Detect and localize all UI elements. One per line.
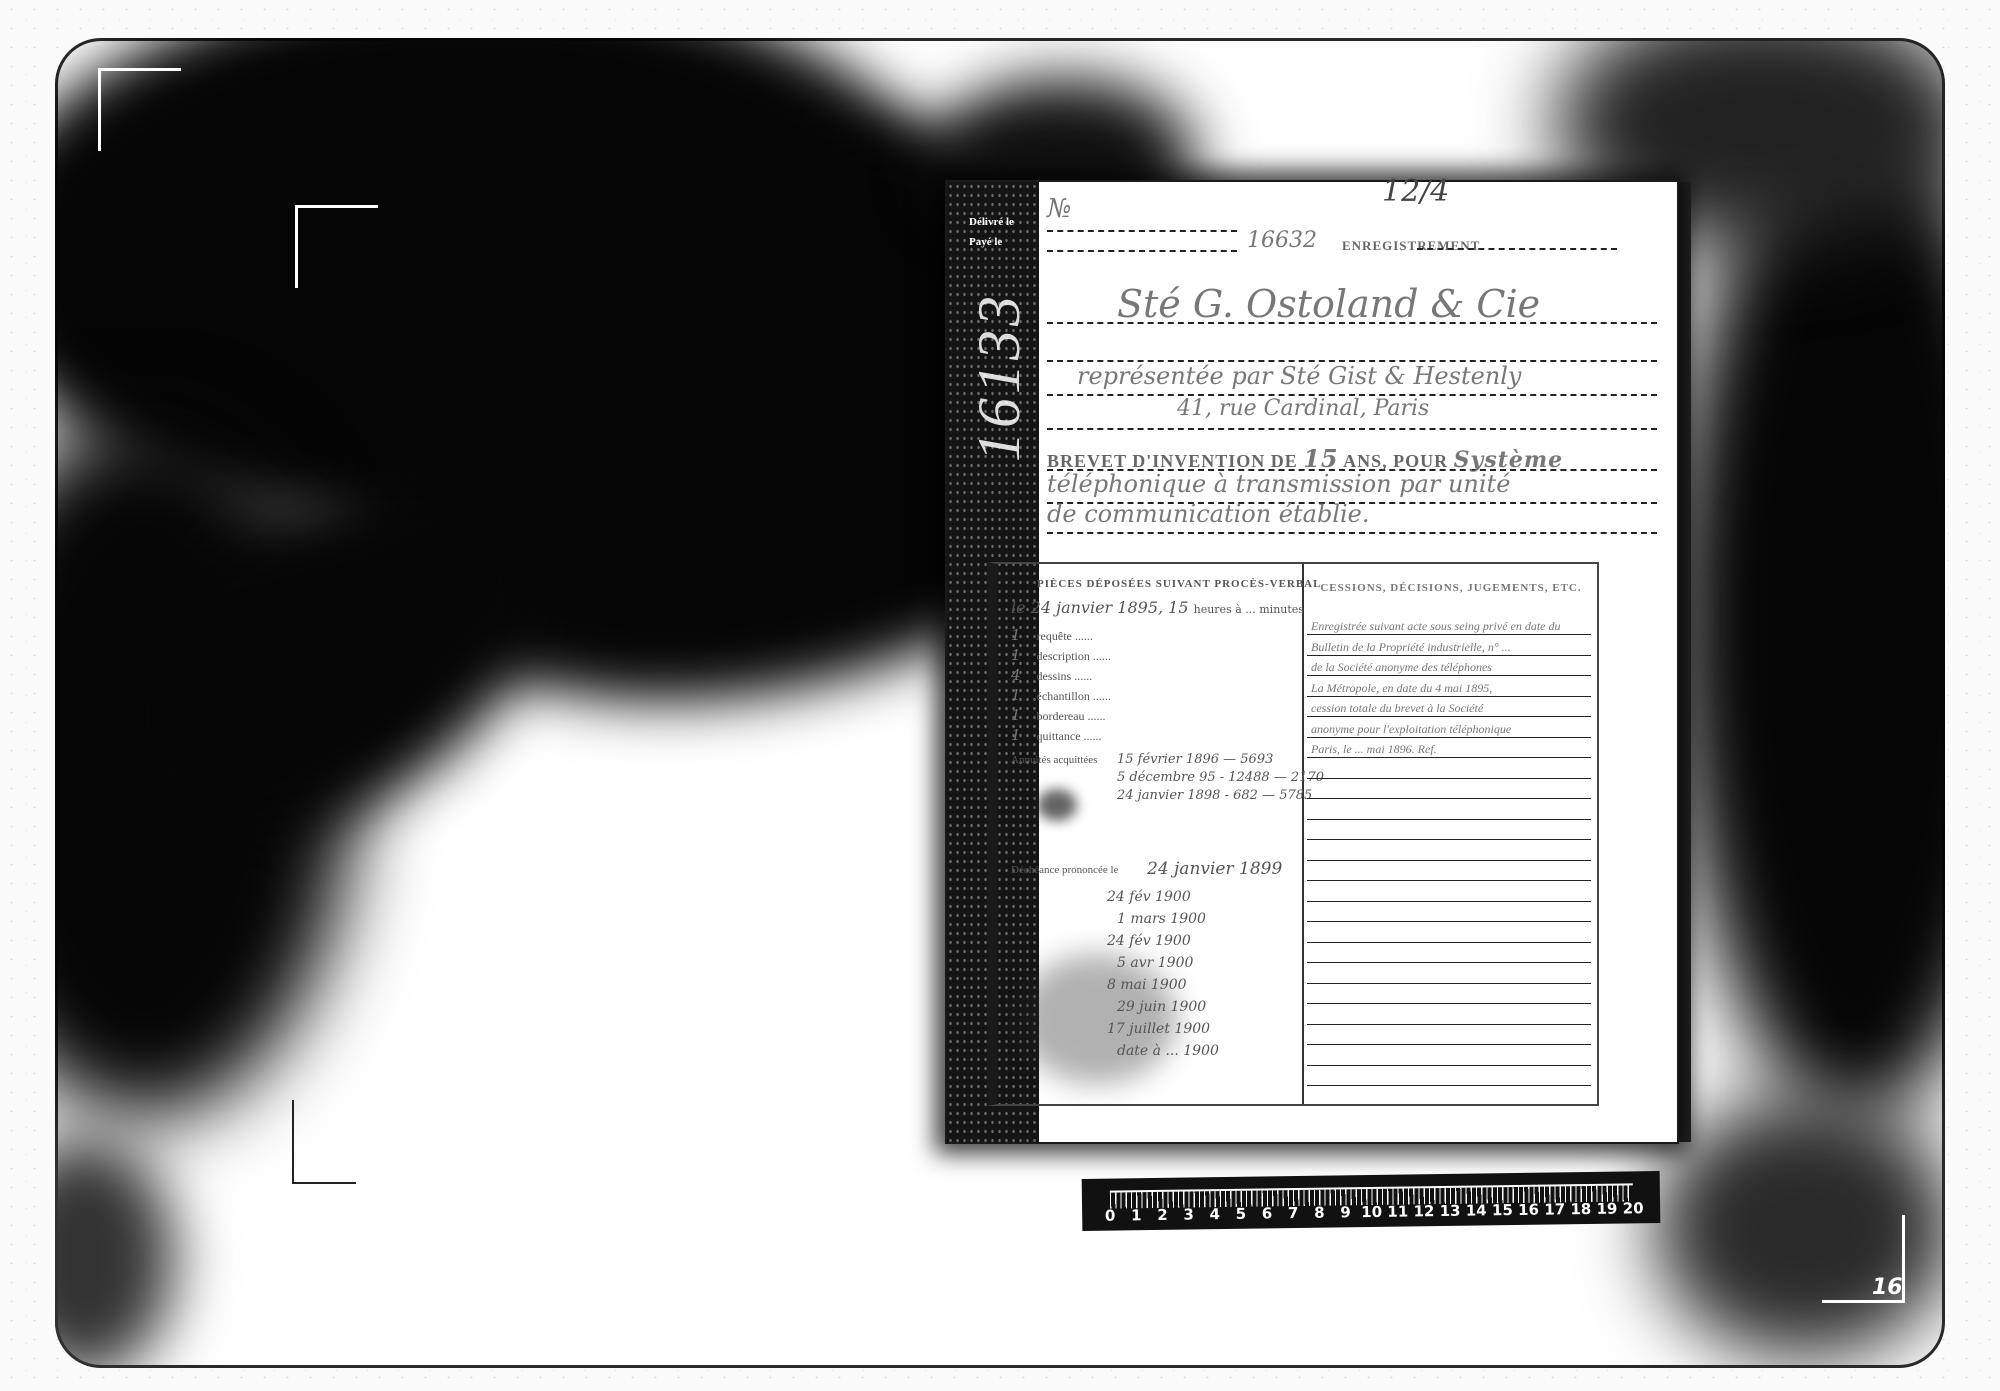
- cession-entry: Enregistrée suivant acte sous seing priv…: [1311, 616, 1591, 637]
- ruler-label: 4: [1209, 1205, 1220, 1223]
- crop-mark-top-left-icon: [98, 68, 181, 151]
- ruler-label: 18: [1570, 1200, 1591, 1218]
- addition-entry: date à ... 1900: [1117, 1043, 1219, 1059]
- deposited-item: 1requête ......: [1011, 626, 1093, 644]
- ruler-label: 14: [1466, 1201, 1487, 1219]
- ruler-label: 6: [1262, 1204, 1273, 1222]
- ruler-label: 5: [1236, 1205, 1247, 1223]
- top-annotation: №: [1047, 194, 1072, 224]
- annuity-entry: 15 février 1896 — 5693: [1117, 752, 1273, 767]
- subject-line-2: téléphonique à transmission par unité: [1047, 470, 1510, 498]
- ruler-label: 0: [1105, 1207, 1116, 1225]
- patent-years: 15: [1303, 444, 1338, 473]
- crop-mark-inner-top-left-icon: [295, 205, 378, 288]
- deposited-item: 1bordereau ......: [1011, 706, 1106, 724]
- folio-annotation: 12/4: [1382, 174, 1449, 209]
- ruler-label: 2: [1157, 1206, 1168, 1224]
- cession-entry: de la Société anonyme des téléphones: [1311, 657, 1591, 678]
- delivre-label: Délivré le: [969, 212, 1014, 232]
- left-column-header: Pièces déposées suivant procès-verbal: [1037, 578, 1321, 590]
- enregistrement-label: ENREGISTREMENT: [1342, 238, 1480, 254]
- address-line: 41, rue Cardinal, Paris: [1177, 396, 1429, 421]
- ledger-table: Pièces déposées suivant procès-verbal le…: [987, 562, 1599, 1106]
- ruler-label: 7: [1288, 1204, 1299, 1222]
- patent-years-suffix: ANS, POUR: [1343, 451, 1448, 471]
- addition-entry: 1 mars 1900: [1117, 911, 1206, 927]
- deposited-item: 1échantillon ......: [1011, 686, 1111, 704]
- decheance-label: Déchéance prononcée le: [1011, 864, 1119, 876]
- annuity-entry: 24 janvier 1898 - 682 — 5785: [1117, 788, 1312, 803]
- measurement-ruler: 01234567891011121314151617181920: [1082, 1171, 1661, 1231]
- cession-entry: La Métropole, en date du 4 mai 1895,: [1311, 678, 1591, 699]
- addition-entry: 5 avr 1900: [1117, 955, 1193, 971]
- spine-number: 16133: [965, 292, 1034, 462]
- addition-entry: 8 mai 1900: [1107, 977, 1187, 993]
- ruler-label: 11: [1387, 1202, 1408, 1220]
- page-number: 16: [1872, 1275, 1903, 1300]
- ruler-label: 19: [1596, 1200, 1617, 1218]
- right-column-entries: Enregistrée suivant acte sous seing priv…: [1311, 616, 1591, 760]
- ruler-label: 12: [1413, 1202, 1434, 1220]
- crop-mark-bottom-left-icon: [292, 1100, 356, 1184]
- ruler-label: 15: [1492, 1201, 1513, 1219]
- addition-entry: 24 fév 1900: [1107, 889, 1191, 905]
- ruler-label: 1: [1131, 1206, 1142, 1224]
- deposited-item: 1description ......: [1011, 646, 1111, 664]
- ruler-label: 10: [1361, 1203, 1382, 1221]
- annuity-entry: 5 décembre 95 - 12488 — 2170: [1117, 770, 1324, 785]
- deposited-item: 1quittance ......: [1011, 726, 1102, 744]
- addition-entry: 17 juillet 1900: [1107, 1021, 1210, 1037]
- subject-line-3: de communication établie.: [1047, 500, 1370, 528]
- right-column-header: Cessions, décisions, jugements, etc.: [1311, 578, 1591, 599]
- ruler-label: 16: [1518, 1201, 1539, 1219]
- addition-entry: 24 fév 1900: [1107, 933, 1191, 949]
- paye-label: Payé le: [969, 232, 1014, 252]
- ruler-label: 17: [1544, 1200, 1565, 1218]
- cession-entry: Bulletin de la Propriété industrielle, n…: [1311, 637, 1591, 658]
- deposited-item: 4dessins ......: [1011, 666, 1092, 684]
- patent-type: BREVET D'INVENTION DE: [1047, 451, 1298, 471]
- representative-line: représentée par Sté Gist & Hestenly: [1077, 362, 1521, 390]
- applicant-name: Sté G. Ostoland & Cie: [1117, 282, 1540, 326]
- ruler-label: 20: [1623, 1199, 1644, 1217]
- registration-number: 16632: [1247, 228, 1317, 253]
- annuity-label: Annuités acquittées: [1011, 754, 1097, 766]
- deposit-date: le 24 janvier 1895, 15: [1011, 598, 1189, 617]
- cession-entry: anonyme pour l'exploitation téléphonique: [1311, 719, 1591, 740]
- decheance-date: 24 janvier 1899: [1147, 859, 1282, 879]
- ruler-label: 3: [1183, 1205, 1194, 1223]
- cession-entry: cession totale du brevet à la Société: [1311, 698, 1591, 719]
- patent-folder: Délivré le Payé le 16133 № 16632 ENREGIS…: [945, 180, 1679, 1144]
- ruler-label: 8: [1314, 1204, 1325, 1222]
- ruler-label: 13: [1440, 1202, 1461, 1220]
- cession-entry: Paris, le ... mai 1896. Ref.: [1311, 739, 1591, 760]
- addition-entry: 29 juin 1900: [1117, 999, 1206, 1015]
- ruler-label: 9: [1340, 1203, 1351, 1221]
